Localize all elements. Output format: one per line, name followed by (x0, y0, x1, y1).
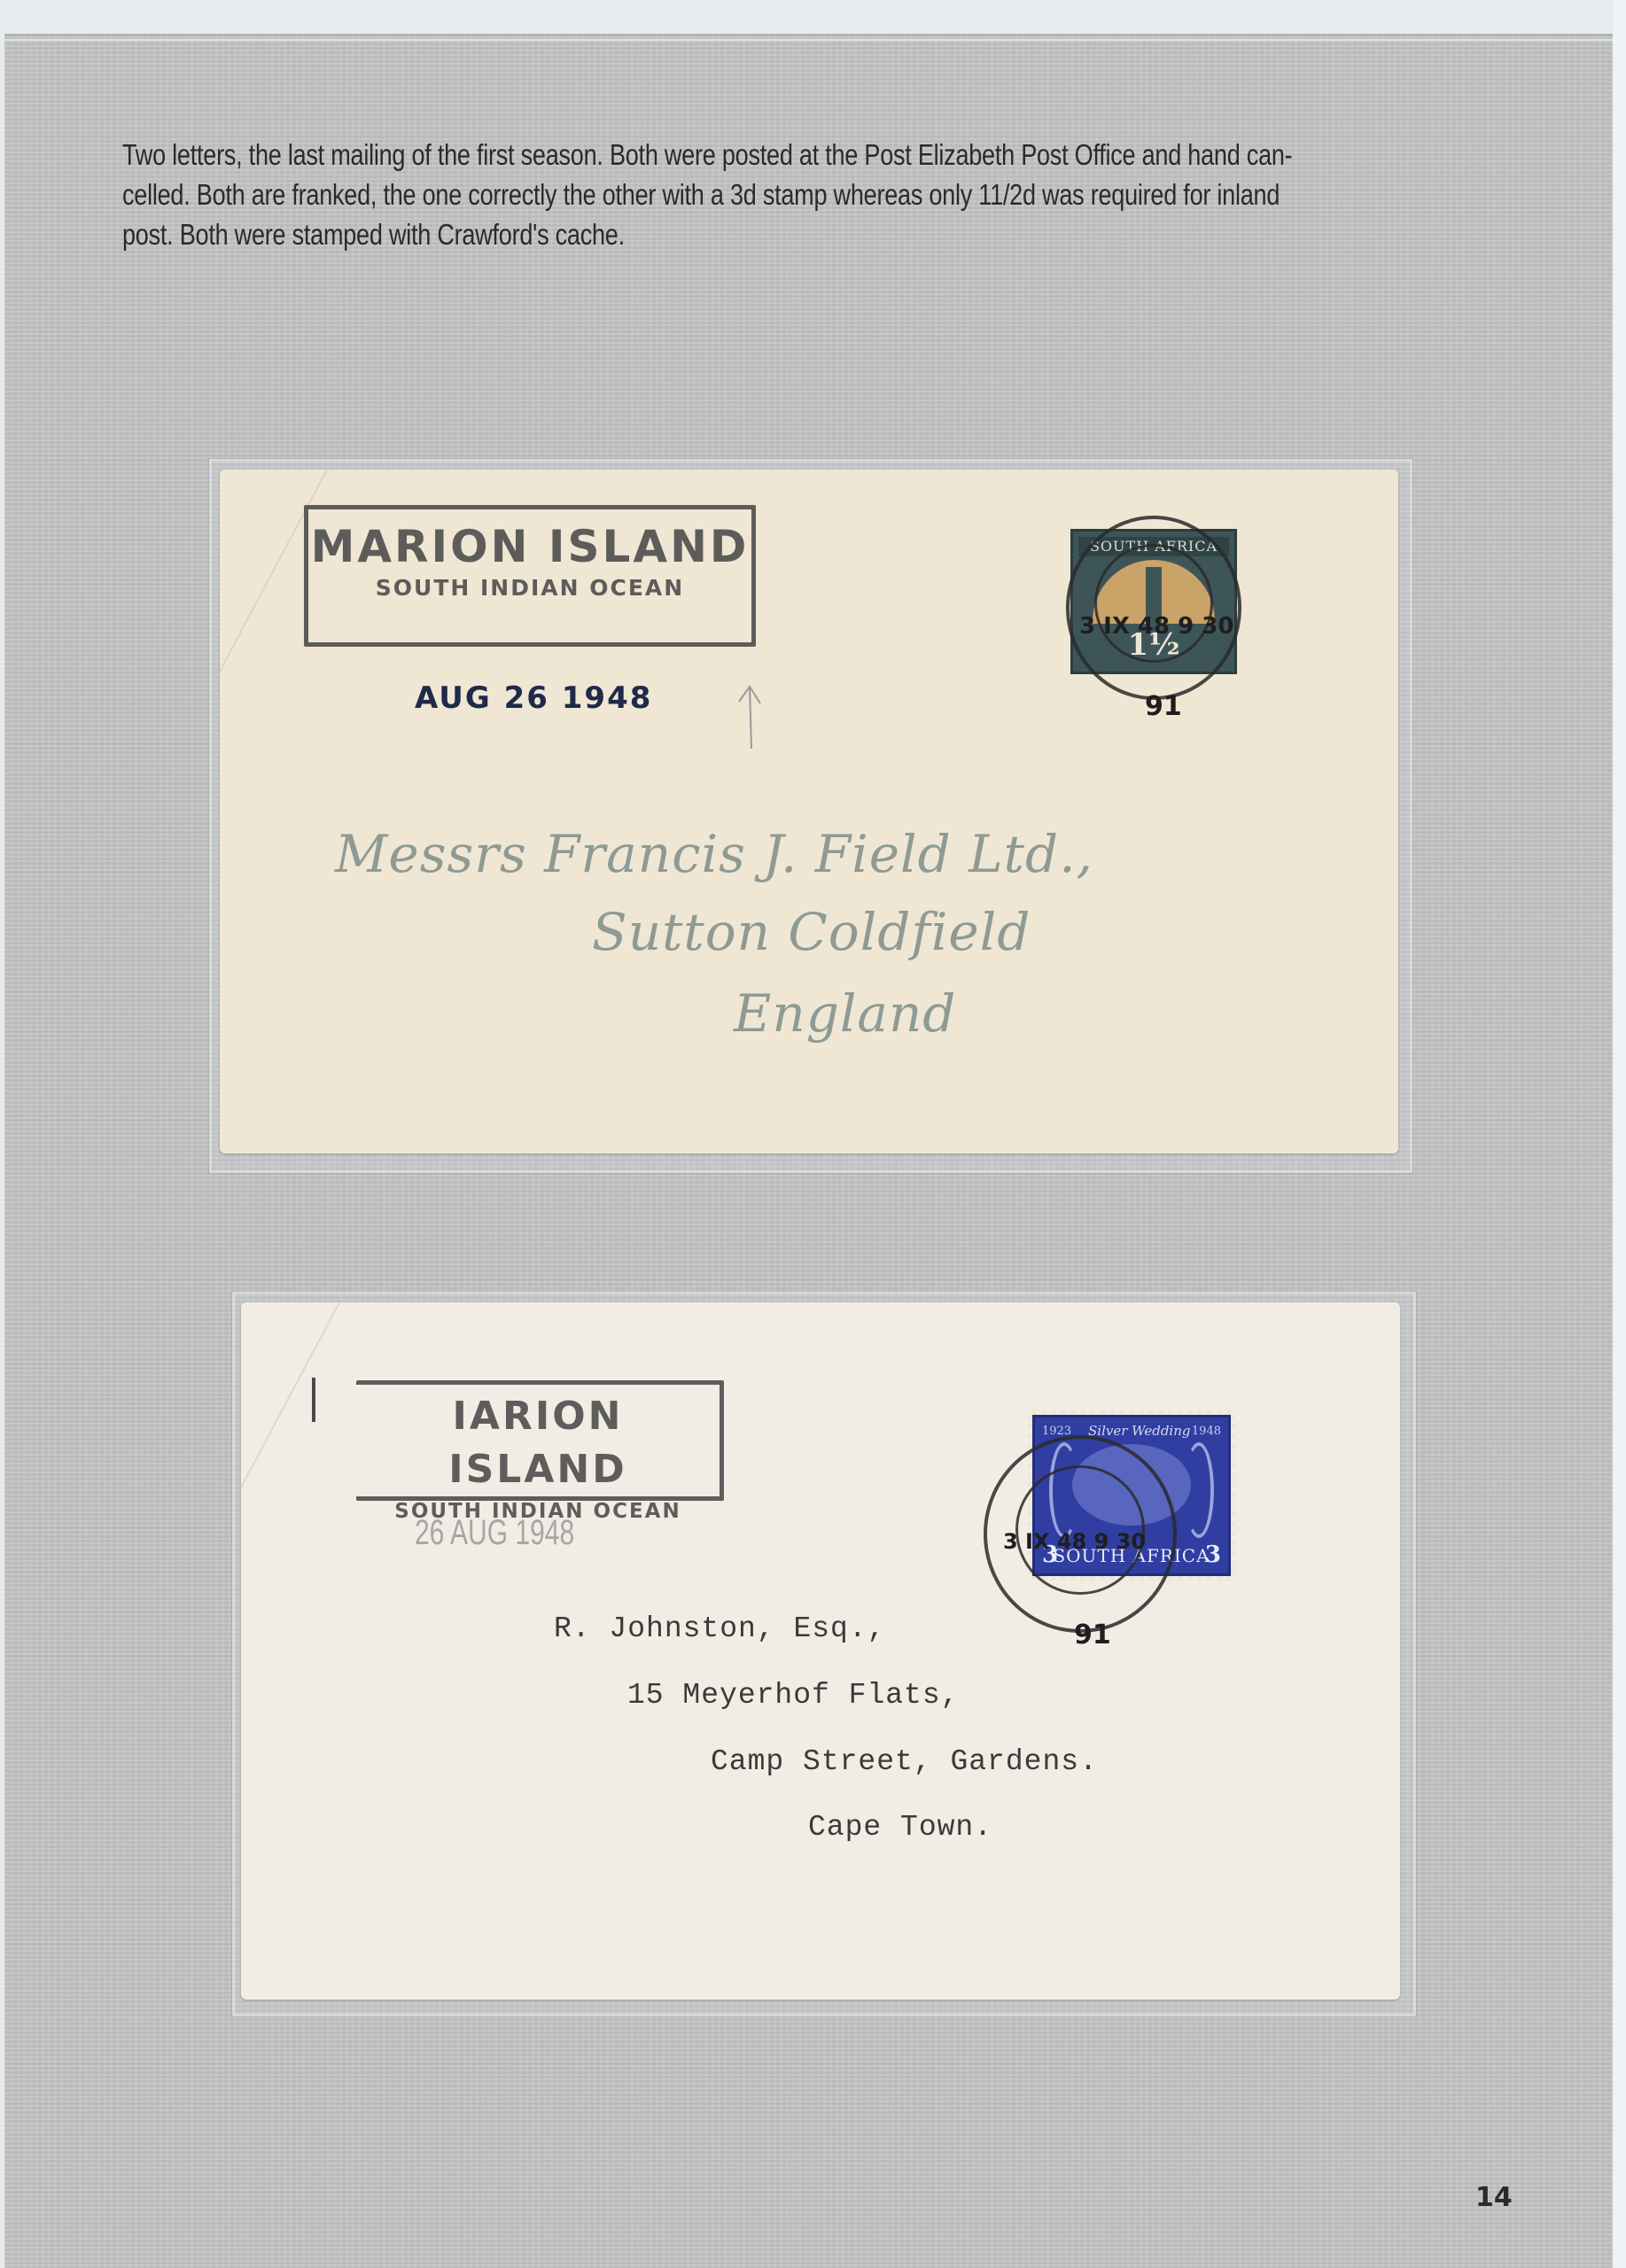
postmark-code: 91 (1074, 1619, 1111, 1651)
cachet-subtitle: SOUTH INDIAN OCEAN (308, 573, 751, 603)
date-stamp: AUG 26 1948 (415, 680, 652, 716)
page-number: 14 (1475, 2182, 1513, 2213)
address-line-2: Sutton Coldfield (592, 902, 1031, 962)
envelope-1: MARION ISLAND SOUTH INDIAN OCEAN AUG 26 … (220, 470, 1398, 1153)
stamp-value-right: 3 (1205, 1542, 1221, 1568)
postmark-date: 3 IX 48 9 30 (1003, 1529, 1146, 1554)
stamp-year-right: 1948 (1192, 1425, 1221, 1438)
postmark-circle (1066, 516, 1241, 700)
address-line-1: Messrs Francis J. Field Ltd., (335, 824, 1093, 884)
address-line-3: England (734, 983, 956, 1044)
cachet-left-fragment (312, 1378, 315, 1422)
description-line-1: Two letters, the last mailing of the fir… (122, 135, 1525, 175)
scanner-margin (1613, 0, 1626, 2268)
address-line-2: 15 Meyerhof Flats, (627, 1679, 959, 1712)
envelope-flap-crease (238, 1302, 339, 1491)
address-line-3: Camp Street, Gardens. (711, 1745, 1098, 1778)
date-stamp: 26 AUG 1948 (415, 1513, 574, 1553)
stamp-title: Silver Wedding (1088, 1423, 1191, 1439)
pencil-arrow-icon (732, 682, 767, 753)
cachet-title: IARION ISLAND (356, 1390, 720, 1496)
description-line-3: post. Both were stamped with Crawford's … (122, 214, 1525, 254)
description-line-2: celled. Both are franked, the one correc… (122, 175, 1525, 214)
address-line-1: R. Johnston, Esq., (554, 1612, 885, 1645)
address-line-4: Cape Town. (808, 1811, 992, 1844)
postmark-date: 3 IX 48 9 30 (1079, 613, 1233, 640)
postmark-code: 91 (1145, 691, 1182, 722)
postmark-inner-circle (1094, 544, 1213, 663)
cachet-title: MARION ISLAND (308, 520, 751, 573)
page-description: Two letters, the last mailing of the fir… (122, 135, 1525, 254)
marion-island-cachet: MARION ISLAND SOUTH INDIAN OCEAN (304, 505, 756, 647)
envelope-2: IARION ISLAND SOUTH INDIAN OCEAN 26 AUG … (241, 1302, 1400, 2000)
marion-island-cachet: IARION ISLAND SOUTH INDIAN OCEAN (356, 1380, 724, 1501)
